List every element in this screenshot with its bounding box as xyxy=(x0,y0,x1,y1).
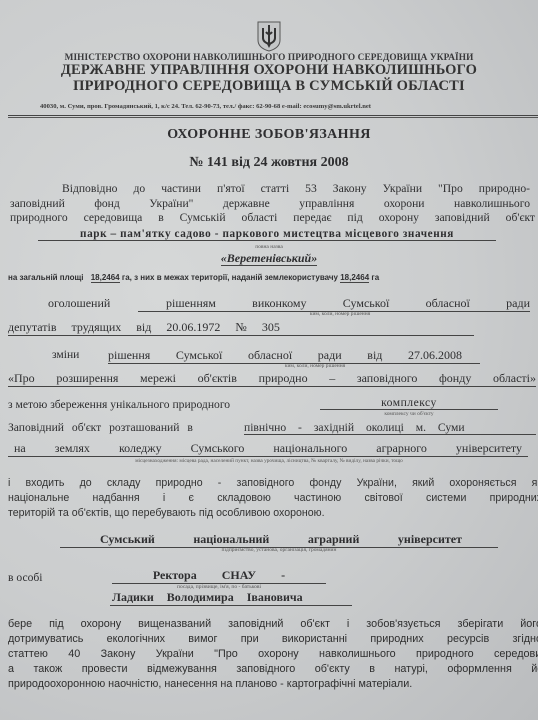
obligation-line-1: бере під охорону вищеназваний заповідний… xyxy=(8,618,538,630)
area-prefix: на загальній площі xyxy=(8,273,83,282)
location-value: північно - західній околиці м. Суми xyxy=(244,421,536,435)
person-position: Ректора СНАУ - xyxy=(112,568,326,584)
object-type-caption: повна назва xyxy=(0,244,538,250)
changes-label: зміни xyxy=(52,348,79,361)
area-value: 18,2464 xyxy=(91,273,120,283)
changes-value: рішення Сумської обласної ради від 27.06… xyxy=(108,348,480,364)
intro-line-2: заповідний фонд України" державне управл… xyxy=(10,197,530,210)
object-name: «Веретенівський» xyxy=(0,251,538,266)
location-caption: місцезнаходження: місцева рада, населени… xyxy=(0,458,538,464)
area-line: на загальній площі 18,2464 га, з них в м… xyxy=(8,273,534,282)
area-suffix: га xyxy=(371,273,379,282)
changes-caption: ким, коли, номер рішення xyxy=(240,363,390,369)
declared-value: рішенням виконкому Сумської обласної рад… xyxy=(138,296,530,312)
declared-caption: ким, коли, номер рішення xyxy=(270,311,410,317)
document-page: МІНІСТЕРСТВО ОХОРОНИ НАВКОЛИШНЬОГО ПРИРО… xyxy=(0,0,538,720)
header-divider xyxy=(8,115,538,116)
header-divider-2 xyxy=(8,117,538,118)
purpose-caption: комплексу чи об'єкту xyxy=(320,411,498,417)
area-user-value: 18,2464 xyxy=(340,273,369,283)
purpose-label: з метою збереження унікального природног… xyxy=(8,398,230,411)
status-line-2: національне надбання і є складовою части… xyxy=(8,492,538,504)
organization-caption: підприємство, установа, організація, гро… xyxy=(60,547,498,553)
trident-coat-of-arms-icon xyxy=(256,20,282,52)
location-label: Заповідний об'єкт розташований в xyxy=(8,421,193,434)
person-label: в особі xyxy=(8,571,43,584)
object-name-text: «Веретенівський» xyxy=(221,251,317,266)
department-heading-line2: ПРИРОДНОГО СЕРЕДОВИЩА В СУМСЬКІЙ ОБЛАСТІ xyxy=(0,78,538,95)
person-name: Ладики Володимира Івановича xyxy=(110,590,352,606)
obligation-line-2: дотримуватись екологічних вимог при вико… xyxy=(8,633,538,645)
declared-label: оголошений xyxy=(48,296,110,311)
location-value-cont: на землях коледжу Сумського національног… xyxy=(8,441,528,457)
status-line-3: територій та об'єктів, що перебувають пі… xyxy=(8,507,325,519)
declared-value-cont: депутатів трудящих від 20.06.1972 № 305 xyxy=(8,320,474,336)
intro-line-1: Відповідно до частини п'ятої статті 53 З… xyxy=(10,182,530,195)
object-type-value: парк – пам'ятку садово - паркового мисте… xyxy=(38,228,496,241)
organization-value: Сумський національний аграрний університ… xyxy=(60,532,498,548)
obligation-line-5: природоохоронною наочністю, нанесення на… xyxy=(8,678,412,690)
address-line: 40030, м. Суми, пров. Громадянський, 1, … xyxy=(40,103,371,110)
department-heading-line1: ДЕРЖАВНЕ УПРАВЛІННЯ ОХОРОНИ НАВКОЛИШНЬОГ… xyxy=(0,62,538,79)
obligation-line-4: а також провести відмежування заповідног… xyxy=(8,663,538,675)
document-number: № 141 від 24 жовтня 2008 xyxy=(0,155,538,171)
changes-value-cont: «Про розширення мережі об'єктів природно… xyxy=(8,371,536,387)
purpose-value: комплексу xyxy=(320,396,498,410)
document-title: ОХОРОННЕ ЗОБОВ'ЯЗАННЯ xyxy=(0,127,538,143)
area-middle: га, з них в межах території, наданій зем… xyxy=(122,273,338,282)
obligation-line-3: статтею 40 Закону України "Про охорону н… xyxy=(8,648,538,660)
intro-line-3: природного середовища в Сумській області… xyxy=(10,211,535,224)
status-line-1: і входить до складу природно - заповідно… xyxy=(8,477,538,489)
